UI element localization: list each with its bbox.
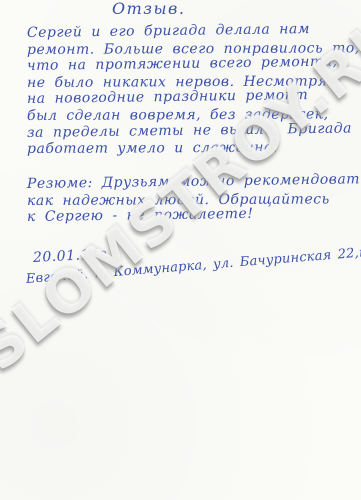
review-paragraph-2: Резюме: Друзьям можно рекомендовать как … [27, 176, 361, 226]
review-line: к Сергею - не пожалеете! [27, 204, 361, 225]
review-line: на новогодние праздники ремонт [27, 87, 360, 108]
document-page: SLOMSTROY.RU Отзыв. Сергей и его бригада… [0, 0, 361, 500]
review-line: работает умело и слаженно. [27, 139, 360, 157]
review-date: 20.01.14г. [33, 246, 113, 267]
review-line: что на протяжении всего ремонта, [27, 54, 360, 75]
review-line: Сергей и его бригада делала нам [27, 20, 360, 41]
review-title: Отзыв. [112, 1, 185, 18]
review-paragraph-1: Сергей и его бригада делала нам ремонт. … [27, 25, 360, 158]
review-line: Резюме: Друзьям можно рекомендовать [27, 171, 361, 192]
